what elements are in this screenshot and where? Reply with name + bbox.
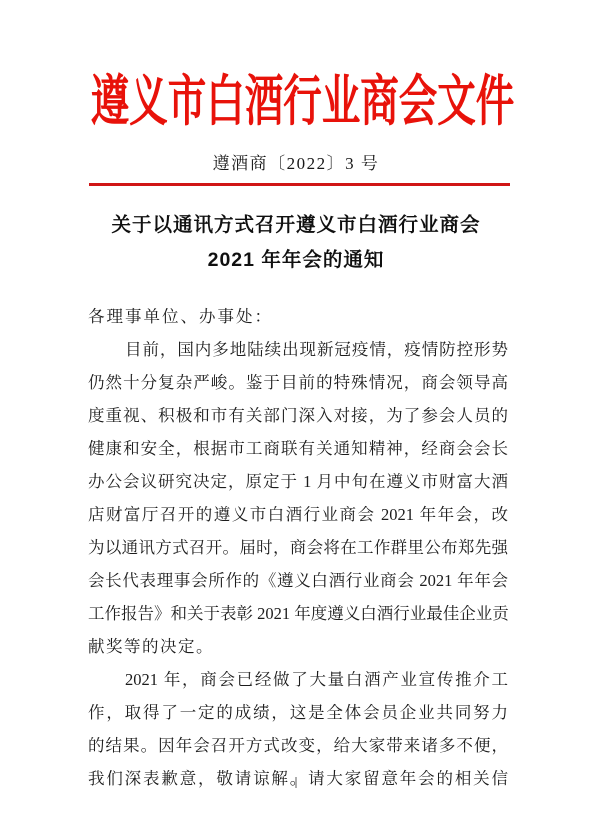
doc-title-line-1: 关于以通讯方式召开遵义市白酒行业商会 xyxy=(0,208,592,243)
masthead-title: 遵义市白酒行业商会文件 xyxy=(91,70,515,132)
salutation: 各理事单位、办事处： xyxy=(88,300,508,333)
body-text-line: 作，取得了一定的成绩，这是全体会员企业共同努力 xyxy=(88,696,508,729)
body-text-line: 健康和安全，根据市工商联有关通知精神，经商会会长 xyxy=(88,432,508,465)
body-text-line: 工作报告》和关于表彰 2021 年度遵义白酒行业最佳企业贡 xyxy=(88,597,508,630)
body-text-line: 献奖等的决定。 xyxy=(88,630,508,663)
stray-mark xyxy=(295,777,297,788)
body-text-line: 2021 年，商会已经做了大量白酒产业宣传推介工 xyxy=(88,663,508,696)
body-text-line: 店财富厅召开的遵义市白酒行业商会 2021 年年会，改 xyxy=(88,498,508,531)
masthead: 遵义市白酒行业商会文件 xyxy=(0,70,592,132)
document-body: 各理事单位、办事处： 目前，国内多地陆续出现新冠疫情，疫情防控形势仍然十分复杂严… xyxy=(88,300,508,795)
document-page: 遵义市白酒行业商会文件 遵酒商〔2022〕3 号 关于以通讯方式召开遵义市白酒行… xyxy=(0,0,592,837)
body-text-line: 会长代表理事会所作的《遵义白酒行业商会 2021 年年会 xyxy=(88,564,508,597)
red-divider-line xyxy=(89,183,510,186)
body-text-line: 我们深表歉意，敬请谅解。请大家留意年会的相关信 xyxy=(88,762,508,795)
doc-title: 关于以通讯方式召开遵义市白酒行业商会 2021 年年会的通知 xyxy=(0,208,592,278)
body-text-line: 目前，国内多地陆续出现新冠疫情，疫情防控形势 xyxy=(88,333,508,366)
body-lines: 目前，国内多地陆续出现新冠疫情，疫情防控形势仍然十分复杂严峻。鉴于目前的特殊情况… xyxy=(88,333,508,795)
body-text-line: 度重视、积极和市有关部门深入对接，为了参会人员的 xyxy=(88,399,508,432)
doc-title-line-2: 2021 年年会的通知 xyxy=(0,243,592,278)
body-text-line: 办公会议研究决定，原定于 1 月中旬在遵义市财富大酒 xyxy=(88,465,508,498)
body-text-line: 为以通讯方式召开。届时，商会将在工作群里公布郑先强 xyxy=(88,531,508,564)
body-text-line: 仍然十分复杂严峻。鉴于目前的特殊情况，商会领导高 xyxy=(88,366,508,399)
doc-number: 遵酒商〔2022〕3 号 xyxy=(0,151,592,177)
body-text-line: 的结果。因年会召开方式改变，给大家带来诸多不便， xyxy=(88,729,508,762)
